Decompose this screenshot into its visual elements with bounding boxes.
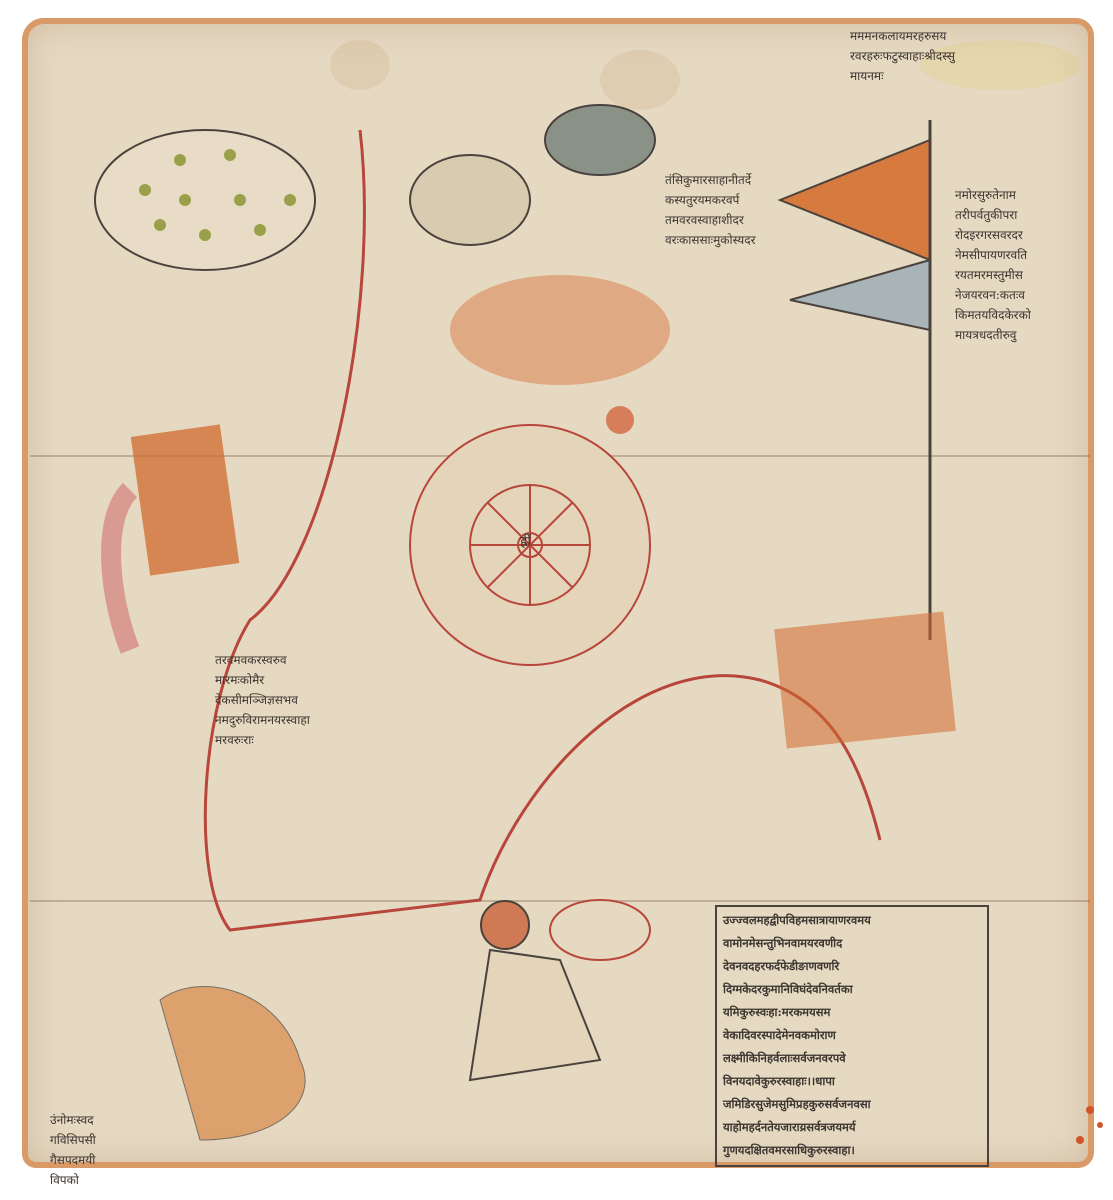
inscription-lower-left: तरवमवकरस्वरुव मारमःकोमैर देकसीमञ्जिज्ञसभ… (215, 650, 310, 750)
inscription-bottom-left: उंनोमःस्वद गविसिपसी गैसपदमयी विपको (50, 1110, 96, 1190)
inscription-center-right: तंसिकुमारसाहानीतर्दे कस्यतुरयमकरवर्प तमव… (665, 170, 756, 250)
inscription-right-column: नमोरसुरुतेनाम तरीपर्वतुकीपरा रोदइरगरसवरद… (955, 185, 1031, 345)
inscription-bottom-right: उज्ज्वलमहद्वीपविहमसात्रायाणरवमय वामोनमेस… (723, 909, 871, 1162)
text-box: उज्ज्वलमहद्वीपविहमसात्रायाणरवमय वामोनमेस… (715, 905, 989, 1167)
inscription-top-right: मममनकलायमरहरुसय रवरहरुःफटुस्वाहाःश्रीदस्… (850, 26, 955, 86)
yantra-center-syllable: ह्रीं (520, 532, 531, 552)
